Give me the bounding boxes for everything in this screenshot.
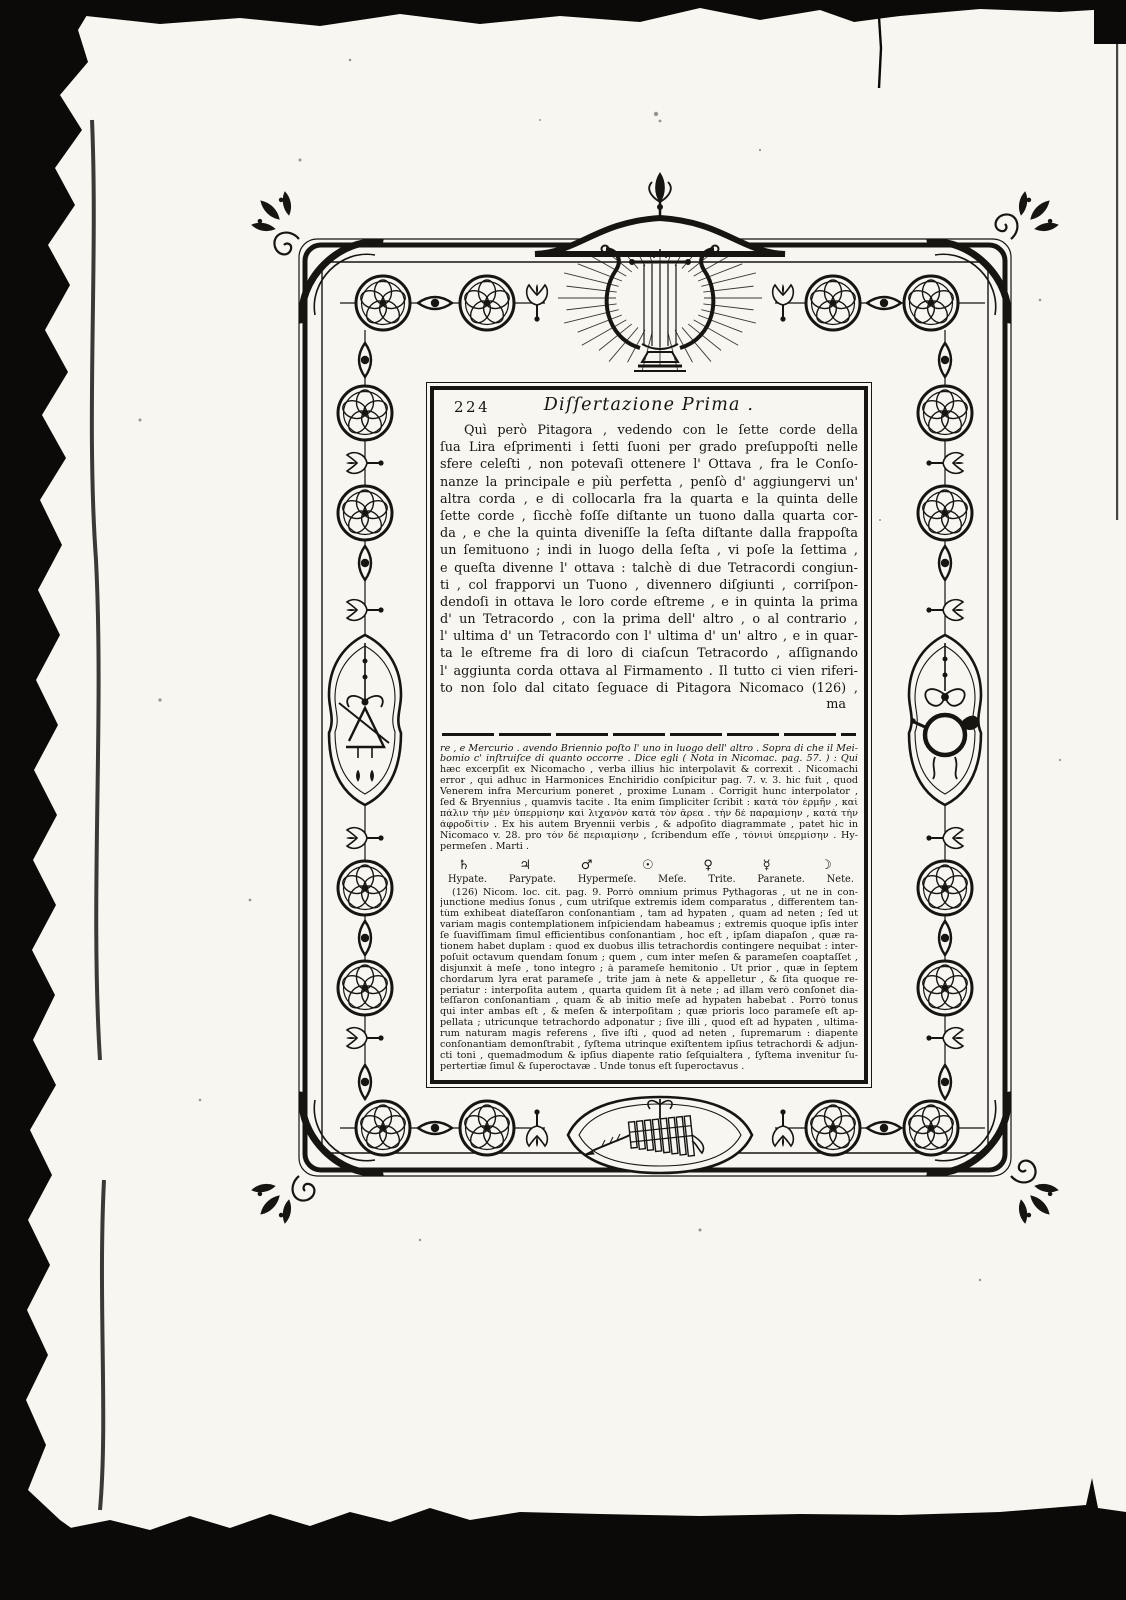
lyre-icon [602, 246, 719, 372]
footnote-line: variam magis contemplationem inſpicienda… [440, 920, 858, 931]
planet-label: Nete. [827, 874, 854, 886]
text-block: 224 Diſſertazione Prima . Quì però Pitag… [426, 382, 872, 1088]
planet-label: Trite. [708, 874, 735, 886]
footnote-line: ſed & Bryennius , quamvis tacite . Ita e… [440, 798, 858, 809]
footnote-line: conſonantiam demonſtrabit , ſyſtema utri… [440, 1040, 858, 1051]
planet-symbol: ☽ [820, 858, 832, 874]
footnote-line: ἀφροδίτίν . Ex his autem Bryennii verbis… [440, 820, 858, 831]
planet-label: Hypermeſe. [578, 874, 636, 886]
body-line: Quì però Pitagora , vedendo con le ſette… [440, 422, 858, 439]
footnote-line: Nicomaco v. 28. pro τὸν δὲ περιαμίσην , … [440, 831, 858, 842]
footnote-line: cti toni , quemadmodum & ipſius diapente… [440, 1051, 858, 1062]
footnote-126: (126) Nicom. loc. cit. pag. 9. Porrò omn… [440, 888, 858, 1073]
eyelink-icon [867, 1122, 901, 1134]
eyelink-icon [867, 297, 901, 309]
footnote-line: rum naturam magis referens , ſive iſti ,… [440, 1029, 858, 1040]
body-line: dendoſi in ottava le loro corde eſtreme … [440, 594, 858, 611]
footnote-line: πάλιν τὴν μὲν ὑπερμίσην καὶ λιχανὸν κατὰ… [440, 809, 858, 820]
planet-label: Meſe. [658, 874, 686, 886]
eyelink-icon [939, 343, 951, 377]
rosette-icon [806, 276, 860, 330]
footnote-line: poſuit octavum quendam ſonum ; quem , cu… [440, 953, 858, 964]
eyelink-icon [939, 921, 951, 955]
footnote-line: pertertiæ ſimul & ſuperoctavæ . Unde ton… [440, 1062, 858, 1073]
planet-symbol: ♃ [519, 858, 531, 874]
rosette-icon [338, 861, 392, 915]
body-line: ti , col frapporvi un Tuono , divennero … [440, 577, 858, 594]
footnote-continuation: re , e Mercurio . avendo Briennio poſto … [440, 744, 858, 853]
planet-symbol: ♄ [458, 858, 470, 874]
footnote-rule [442, 733, 856, 736]
body-line: da , e che la quinta diveniſſe la ſeſta … [440, 525, 858, 542]
eyelink-icon [359, 1065, 371, 1099]
body-line: ſua Lira eſprimenti i ſetti ſuoni per gr… [440, 439, 858, 456]
body-line: ſette corde , ſicchè foſſe diſtante un t… [440, 508, 858, 525]
planet-symbol: ☿ [763, 858, 771, 874]
body-line: to non ſolo dal citato ſeguace di Pitago… [440, 680, 858, 697]
rosette-icon [338, 961, 392, 1015]
footnote-line: tionem habet duplam : quod ex duobus ill… [440, 942, 858, 953]
rosette-icon [806, 1101, 860, 1155]
body-line: un ſemituono ; indi in luogo della ſeſta… [440, 542, 858, 559]
rosette-icon [918, 861, 972, 915]
planet-label: Hypate. [448, 874, 487, 886]
eyelink-icon [939, 546, 951, 580]
footnote-line: tùm exhibeat diateſſaron conſonantiam , … [440, 909, 858, 920]
footnote-line: (126) Nicom. loc. cit. pag. 9. Porrò omn… [440, 888, 858, 899]
page-title: Diſſertazione Prima . [440, 395, 858, 415]
body-line: nanze la principale e più perfetta , pen… [440, 474, 858, 491]
planet-label: Paranete. [757, 874, 804, 886]
scanned-page: 224 Diſſertazione Prima . Quì però Pitag… [0, 0, 1126, 1600]
rosette-icon [460, 276, 514, 330]
planet-symbol: ♀ [703, 858, 713, 874]
footnote-line: periatur : interpoſita autem , quarta qu… [440, 986, 858, 997]
footnote-line: qui inter ambas eſt , & meſen & interpoſ… [440, 1007, 858, 1018]
footnote-line: Venerem infra Mercurium poneret , proxim… [440, 787, 858, 798]
rosette-icon [338, 486, 392, 540]
planet-labels-row: Hypate.Parypate.Hypermeſe.Meſe.Trite.Par… [440, 874, 858, 886]
page-header: 224 Diſſertazione Prima . [440, 394, 858, 418]
rosette-icon [356, 1101, 410, 1155]
footnote-line: permeſen . Marti . [440, 842, 858, 853]
eyelink-icon [359, 546, 371, 580]
footnote-line: pellata ; utricunque tetrachordo adponat… [440, 1018, 858, 1029]
footnote-line: re , e Mercurio . avendo Briennio poſto … [440, 744, 858, 755]
planet-symbol: ☉ [642, 858, 654, 874]
eyelink-icon [359, 343, 371, 377]
body-line: altra corda , e di collocarla fra la qua… [440, 491, 858, 508]
rosette-icon [918, 961, 972, 1015]
body-line: l' aggiunta corda ottava al Firmamento .… [440, 663, 858, 680]
footnote-line: ſe ſuaviſſimam ſimul efficientibus conſo… [440, 931, 858, 942]
rosette-icon [356, 276, 410, 330]
footnote-line: junctione medius ſonus , cum utriſque ex… [440, 898, 858, 909]
body-line: ta le eſtreme fra di loro di ciaſcun Tet… [440, 645, 858, 662]
footnote-line: chordarum lyra erat parameſe , trite jam… [440, 975, 858, 986]
footnote-line: hæc excerpſit ex Nicomacho , verba illiu… [440, 765, 858, 776]
body-line: e queſta divenne l' ottava : talchè di d… [440, 560, 858, 577]
body-line: sfere celeſti , non potevaſi ottenere l'… [440, 456, 858, 473]
pediment-gable [535, 218, 785, 254]
footnote-line: error , qui adhuc in Harmonices Enchirid… [440, 776, 858, 787]
planet-symbols-row: ♄♃♂☉♀☿☽ [440, 857, 858, 874]
eyelink-icon [939, 1065, 951, 1099]
catchword: ma [440, 697, 858, 713]
body-line: d' un Tetracordo , con la prima dell' al… [440, 611, 858, 628]
rosette-icon [460, 1101, 514, 1155]
eyelink-icon [418, 297, 452, 309]
footnote-line: disjunxit à meſe , tono integro ; à para… [440, 964, 858, 975]
fleur-finial-icon [649, 173, 671, 218]
eyelink-icon [359, 921, 371, 955]
rosette-icon [338, 386, 392, 440]
rosette-icon [904, 276, 958, 330]
body-line: l' ultima d' un Tetracordo con l' ultima… [440, 628, 858, 645]
planet-symbol: ♂ [581, 858, 593, 874]
rosette-icon [918, 386, 972, 440]
rosette-icon [904, 1101, 958, 1155]
body-paragraph: Quì però Pitagora , vedendo con le ſette… [440, 422, 858, 697]
rosette-icon [918, 486, 972, 540]
planet-label: Parypate. [509, 874, 556, 886]
footnote-line: teſſaron conſonantiam , quam & ab initio… [440, 996, 858, 1007]
eyelink-icon [418, 1122, 452, 1134]
footnote-line: bomio c' inſtruiſce di quanto occorre . … [440, 754, 858, 765]
text-block-inner-border: 224 Diſſertazione Prima . Quì però Pitag… [430, 386, 868, 1084]
